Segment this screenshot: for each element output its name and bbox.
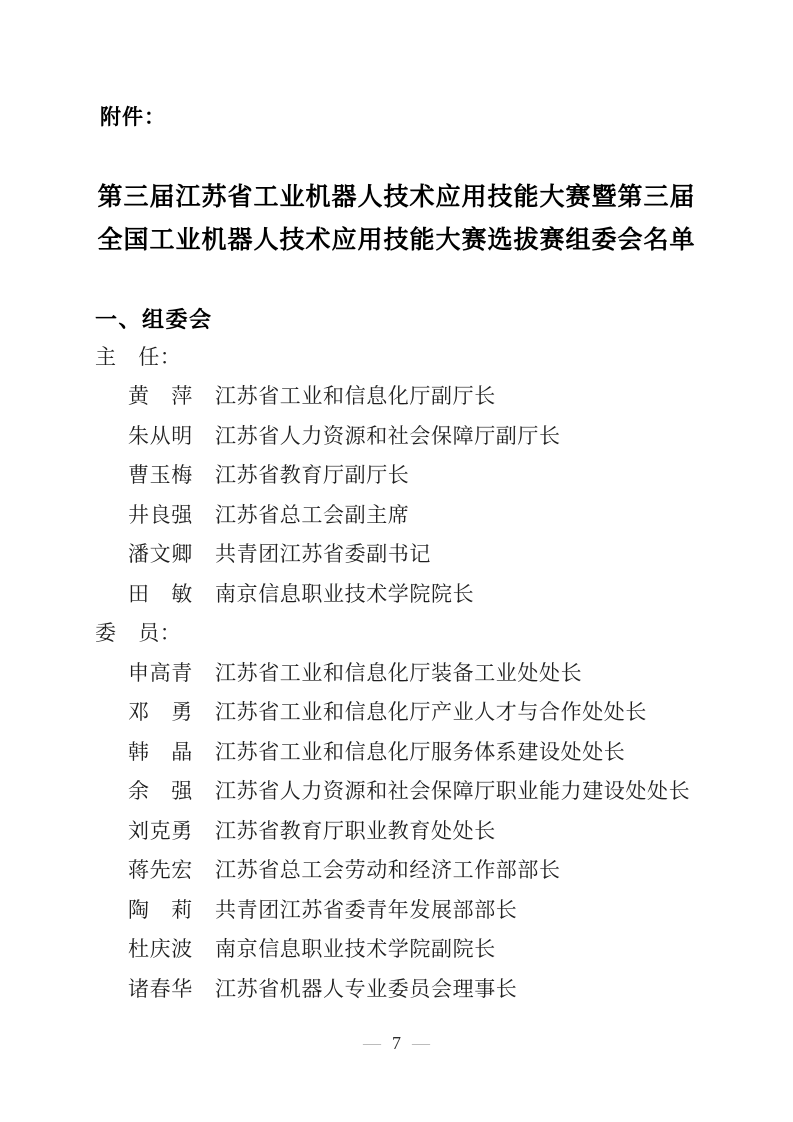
member-name: 刘克勇 (128, 815, 215, 845)
member-row: 曹玉梅 江苏省教育厅副厅长 (95, 455, 773, 495)
member-title: 共青团江苏省委青年发展部部长 (215, 894, 773, 924)
document-title-line-2: 全国工业机器人技术应用技能大赛选拔赛组委会名单 (40, 219, 753, 262)
footer-dash-left: — (363, 1033, 381, 1053)
member-name: 陶 莉 (128, 894, 215, 924)
member-title: 江苏省总工会劳动和经济工作部部长 (215, 854, 773, 884)
footer-dash-right: — (412, 1033, 430, 1053)
member-title: 江苏省工业和信息化厅服务体系建设处处长 (215, 736, 773, 766)
member-row: 韩 晶 江苏省工业和信息化厅服务体系建设处处长 (95, 731, 773, 771)
member-title: 南京信息职业技术学院院长 (215, 578, 773, 608)
member-name: 韩 晶 (128, 736, 215, 766)
member-title: 南京信息职业技术学院副院长 (215, 933, 773, 963)
member-row: 黄 萍 江苏省工业和信息化厅副厅长 (95, 376, 773, 416)
page-footer: —7— (0, 1033, 793, 1054)
member-name: 曹玉梅 (128, 459, 215, 489)
member-name: 田 敏 (128, 578, 215, 608)
member-title: 江苏省总工会副主席 (215, 499, 773, 529)
member-title: 江苏省工业和信息化厅装备工业处处长 (215, 657, 773, 687)
member-name: 余 强 (128, 775, 215, 805)
member-name: 诸春华 (128, 973, 215, 1003)
member-title: 江苏省教育厅职业教育处处长 (215, 815, 773, 845)
member-title: 江苏省工业和信息化厅产业人才与合作处处长 (215, 696, 773, 726)
member-row: 刘克勇 江苏省教育厅职业教育处处长 (95, 810, 773, 850)
member-title: 江苏省教育厅副厅长 (215, 459, 773, 489)
member-row: 潘文卿 共青团江苏省委副书记 (95, 534, 773, 574)
member-name: 井良强 (128, 499, 215, 529)
member-name: 潘文卿 (128, 538, 215, 568)
role-label-members: 委 员： (95, 613, 773, 653)
member-title: 江苏省机器人专业委员会理事长 (215, 973, 773, 1003)
member-row: 蒋先宏 江苏省总工会劳动和经济工作部部长 (95, 850, 773, 890)
member-row: 朱从明 江苏省人力资源和社会保障厅副厅长 (95, 415, 773, 455)
role-label-director: 主 任： (95, 336, 773, 376)
member-name: 黄 萍 (128, 380, 215, 410)
member-name: 申高青 (128, 657, 215, 687)
member-name: 蒋先宏 (128, 854, 215, 884)
committee-list: 主 任： 黄 萍 江苏省工业和信息化厅副厅长 朱从明 江苏省人力资源和社会保障厅… (95, 336, 773, 1008)
member-name: 杜庆波 (128, 933, 215, 963)
document-title: 第三届江苏省工业机器人技术应用技能大赛暨第三届 全国工业机器人技术应用技能大赛选… (40, 176, 753, 262)
member-name: 朱从明 (128, 420, 215, 450)
member-name: 邓 勇 (128, 696, 215, 726)
member-title: 江苏省人力资源和社会保障厅副厅长 (215, 420, 773, 450)
member-row: 邓 勇 江苏省工业和信息化厅产业人才与合作处处长 (95, 692, 773, 732)
member-title: 共青团江苏省委副书记 (215, 538, 773, 568)
member-row: 余 强 江苏省人力资源和社会保障厅职业能力建设处处长 (95, 771, 773, 811)
document-page: 附件： 第三届江苏省工业机器人技术应用技能大赛暨第三届 全国工业机器人技术应用技… (0, 0, 793, 1122)
member-row: 陶 莉 共青团江苏省委青年发展部部长 (95, 889, 773, 929)
page-number: 7 (381, 1033, 412, 1053)
member-row: 诸春华 江苏省机器人专业委员会理事长 (95, 968, 773, 1008)
member-row: 杜庆波 南京信息职业技术学院副院长 (95, 929, 773, 969)
section-heading-committee: 一、组委会 (95, 303, 213, 334)
member-row: 田 敏 南京信息职业技术学院院长 (95, 573, 773, 613)
member-title: 江苏省工业和信息化厅副厅长 (215, 380, 773, 410)
attachment-label: 附件： (100, 101, 166, 131)
member-title: 江苏省人力资源和社会保障厅职业能力建设处处长 (215, 775, 773, 805)
document-title-line-1: 第三届江苏省工业机器人技术应用技能大赛暨第三届 (40, 176, 753, 219)
member-row: 井良强 江苏省总工会副主席 (95, 494, 773, 534)
member-row: 申高青 江苏省工业和信息化厅装备工业处处长 (95, 652, 773, 692)
